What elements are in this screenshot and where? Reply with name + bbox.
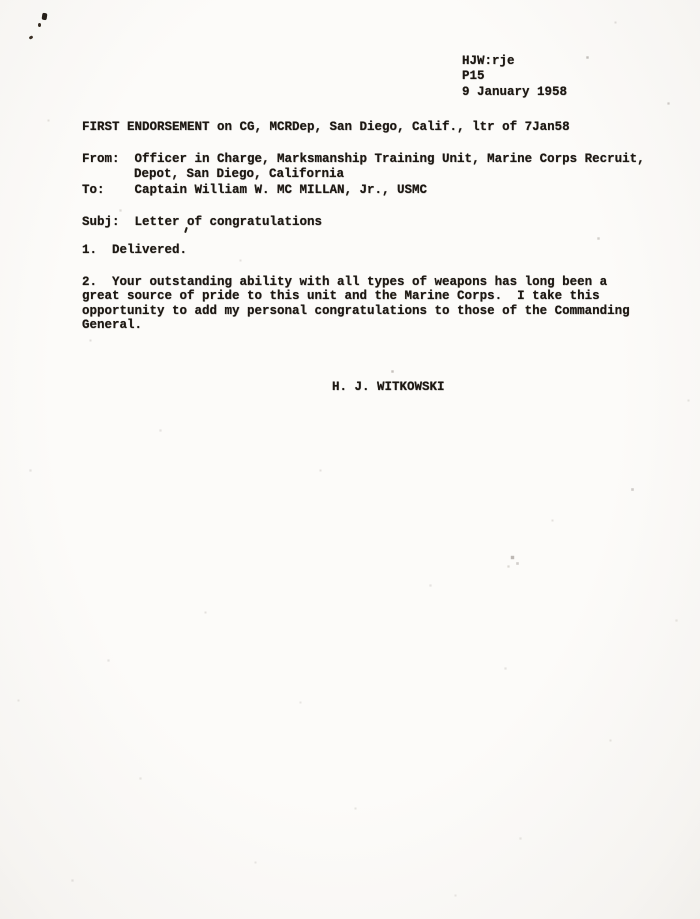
to-line: To: Captain William W. MC MILLAN, Jr., U…: [82, 184, 427, 198]
paragraph-2-line-3: opportunity to add my personal congratul…: [82, 305, 630, 319]
ink-speck: [29, 35, 34, 40]
from-line-2: Depot, San Diego, California: [134, 168, 344, 182]
subject-line: Subj: Letter of congratulations: [82, 216, 322, 230]
signature-name: H. J. WITKOWSKI: [332, 381, 445, 395]
from-line-1: From: Officer in Charge, Marksmanship Tr…: [82, 153, 645, 167]
document-page: HJW:rjeP159 January 1958FIRST ENDORSEMEN…: [0, 0, 700, 919]
paragraph-1-line: 1. Delivered.: [82, 244, 187, 258]
typist-reference: HJW:rje: [462, 55, 515, 69]
ink-speck: [42, 13, 48, 21]
date-line: 9 January 1958: [462, 86, 567, 100]
paragraph-2-line-4: General.: [82, 319, 142, 333]
ink-speck: [38, 23, 41, 27]
paragraph-2-line-2: great source of pride to this unit and t…: [82, 290, 600, 304]
paragraph-2-line-1: 2. Your outstanding ability with all typ…: [82, 276, 607, 290]
file-code: P15: [462, 70, 485, 84]
endorsement-line: FIRST ENDORSEMENT on CG, MCRDep, San Die…: [82, 121, 570, 135]
scan-noise-speckles: [0, 0, 1, 1]
